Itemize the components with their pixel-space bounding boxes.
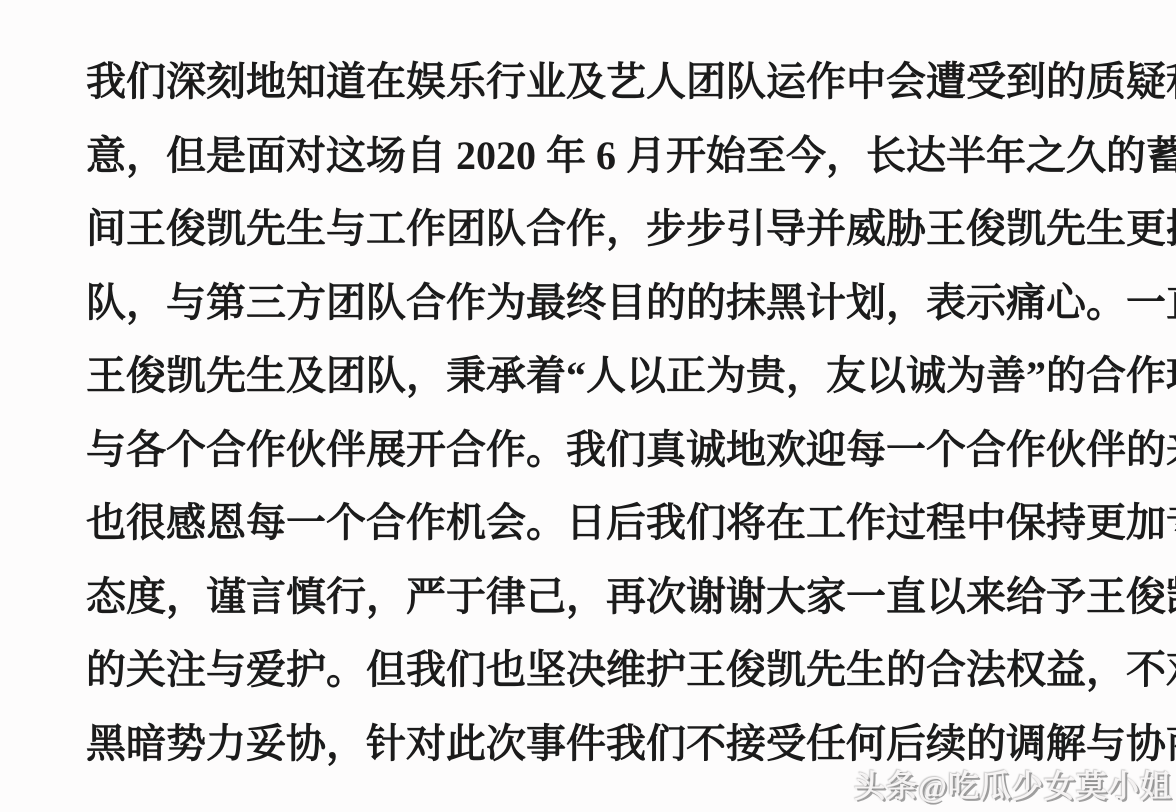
document-page: 我们深刻地知道在娱乐行业及艺人团队运作中会遭受到的质疑和恶意，但是面对这场自 2… xyxy=(0,0,1176,812)
paragraph-line: 的关注与爱护。但我们也坚决维护王俊凯先生的合法权益，不对任何 xyxy=(86,633,1090,707)
paragraph-line: 与各个合作伙伴展开合作。我们真诚地欢迎每一个合作伙伴的来临， xyxy=(86,413,1090,487)
watermark-text: 头条@吃瓜少女莫小姐 xyxy=(854,761,1172,806)
paragraph-line: 态度，谨言慎行，严于律己，再次谢谢大家一直以来给予王俊凯先生 xyxy=(86,560,1090,634)
paragraph-line: 王俊凯先生及团队，秉承着“人以正为贵，友以诚为善”的合作理念， xyxy=(86,339,1090,413)
statement-paragraph: 我们深刻地知道在娱乐行业及艺人团队运作中会遭受到的质疑和恶意，但是面对这场自 2… xyxy=(86,45,1090,780)
paragraph-line: 间王俊凯先生与工作团队合作，步步引导并威胁王俊凯先生更换团 xyxy=(86,192,1090,266)
paragraph-line: 意，但是面对这场自 2020 年 6 月开始至今，长达半年之久的蓄意离 xyxy=(86,119,1090,193)
paragraph-line: 我们深刻地知道在娱乐行业及艺人团队运作中会遭受到的质疑和恶 xyxy=(86,45,1090,119)
paragraph-line: 队，与第三方团队合作为最终目的的抹黑计划，表示痛心。一直以来 xyxy=(86,266,1090,340)
paragraph-line: 也很感恩每一个合作机会。日后我们将在工作过程中保持更加专业的 xyxy=(86,486,1090,560)
